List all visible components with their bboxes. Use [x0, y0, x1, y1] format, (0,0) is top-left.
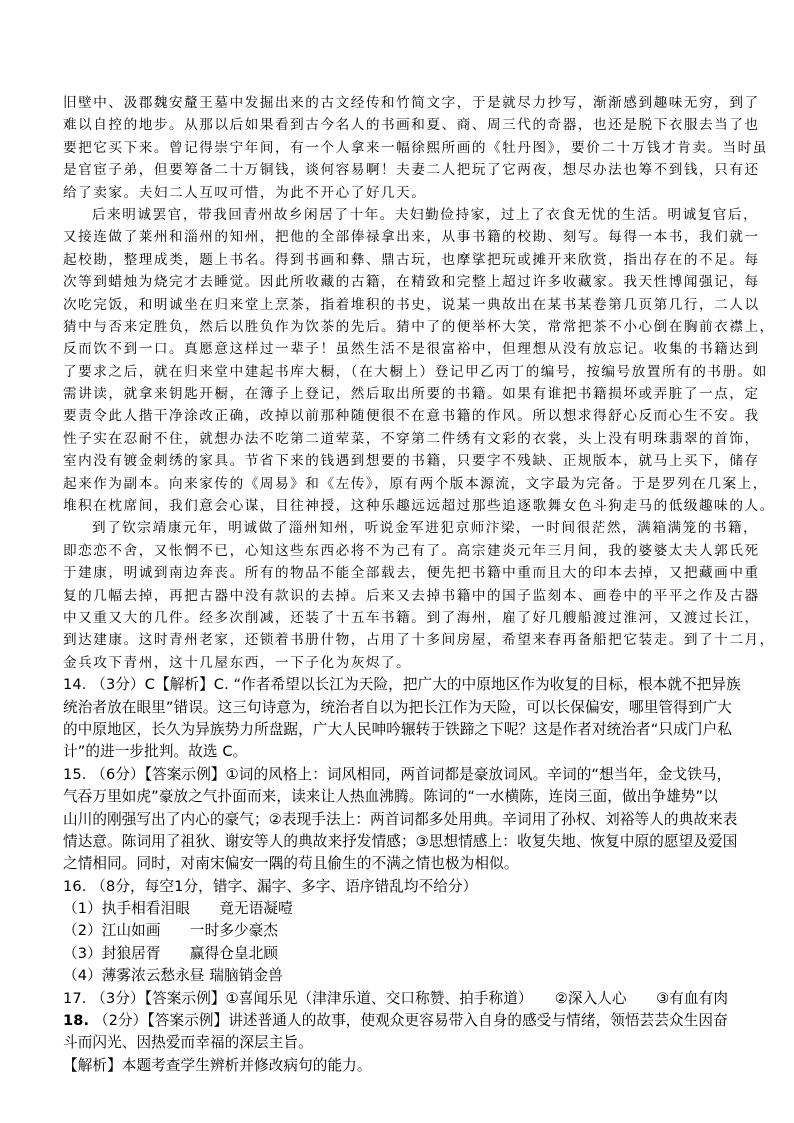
text-line: 起来作为副本。向来家传的《周易》和《左传》，原有两个版本源流，文字最为完备。于是…	[63, 473, 735, 495]
text-line: 又接连做了莱州和淄州的知州，把他的全部俸禄拿出来，从事书籍的校勘、刻写。每得一本…	[63, 226, 735, 248]
text-line: 之情相同。同时，对南宋偏安一隅的苟且偷生的不满之情也极为相似。	[63, 853, 735, 875]
answer-item: （3）封狼居胥 赢得仓皇北顾	[63, 943, 735, 965]
text-line: 堆积在枕席间，我们意会心谋，目往神授，这种乐趣远远超过那些追逐歌舞女色斗狗走马的…	[63, 495, 735, 517]
text-line: 复的几幅去掉，再把古器中没有款识的去掉。后来又去掉书籍中的国子监刻本、画卷中的平…	[63, 585, 735, 607]
translation-paragraph-3: 到了钦宗靖康元年，明诚做了淄州知州，听说金军进犯京师汴梁，一时间很茫然，满箱满笼…	[63, 517, 735, 674]
text-line: 次吃完饭，和明诚坐在归来堂上烹茶，指着堆积的书史，说某一典故出在某书某卷第几页第…	[63, 294, 735, 316]
text-line: 起校勘，整理成类，题上书名。得到书画和彝、鼎古玩，也摩挲把玩或摊开来欣赏，指出存…	[63, 249, 735, 271]
text-line: 情达意。陈词用了祖狄、谢安等人的典故来抒发情感；③思想情感上：收复失地、恢复中原…	[63, 831, 735, 853]
answer-18: 18. （2分）【答案示例】讲述普通人的故事，使观众更容易带入自身的感受与情绪，…	[63, 1010, 735, 1077]
text-line: 旧壁中、汲郡魏安釐王墓中发掘出来的古文经传和竹简文字，于是就尽力抄写，渐渐感到趣…	[63, 92, 735, 114]
text-line: 需讲读，就拿来钥匙开橱，在簿子上登记，然后取出所要的书籍。如果有谁把书籍损坏或弄…	[63, 383, 735, 405]
text-line: 气吞万里如虎”豪放之气扑面而来，读来让人热血沸腾。陈词的“一水横陈，连岗三面，做…	[63, 786, 735, 808]
question-number: 18.	[63, 1012, 89, 1029]
text-line: 要责令此人揩干净涂改正确，改掉以前那种随便很不在意书籍的作风。所以想求得舒心反而…	[63, 405, 735, 427]
answer-item: （4）薄雾浓云愁永昼 瑞脑销金兽	[63, 965, 735, 987]
translation-paragraph-2: 后来明诚罢官，带我回青州故乡闲居了十年。夫妇勤俭持家，过上了衣食无忧的生活。明诚…	[63, 204, 735, 517]
text-line: 金兵攻下青州，这十几屋东西，一下子化为灰烬了。	[63, 652, 735, 674]
text-line: 统治者放在眼里”错误。这三句诗意为，统治者自以为把长江作为天险，可以长保偏安，哪…	[63, 697, 735, 719]
answer-15: 15. （6分）【答案示例】①词的风格上：词风相同，两首词都是豪放词风。辛词的“…	[63, 764, 735, 876]
text-line: 猜中与否来定胜负，然后以胜负作为饮茶的先后。猜中了的便举杯大笑，常常把茶不小心倒…	[63, 316, 735, 338]
text-line: 到达建康。这时青州老家，还锁着书册什物，占用了十多间房屋，希望来春再备船把它装走…	[63, 629, 735, 651]
text-line: 是官宦子弟，但要筹备二十万铜钱，谈何容易啊！夫妻二人把玩了它两夜，想尽办法也筹不…	[63, 159, 735, 181]
text-line: 15. （6分）【答案示例】①词的风格上：词风相同，两首词都是豪放词风。辛词的“…	[63, 764, 735, 786]
text-line: 斗而闪光、因热爱而幸福的深层主旨。	[63, 1032, 735, 1054]
text-line: 于建康，明诚到南边奔丧。所有的物品不能全部载去，便先把书籍中重而且大的印本去掉，…	[63, 562, 735, 584]
text-line: 次等到蜡烛为烧完才去睡觉。因此所收藏的古籍，在精致和完整上超过许多收藏家。我天性…	[63, 271, 735, 293]
translation-paragraph-1: 旧壁中、汲郡魏安釐王墓中发掘出来的古文经传和竹简文字，于是就尽力抄写，渐渐感到趣…	[63, 92, 735, 204]
text-line: 要把它买下来。曾记得崇宁年间，有一个人拿来一幅徐熙所画的《牡丹图》，要价二十万钱…	[63, 137, 735, 159]
text-line: 难以自控的地步。从那以后如果看到古今名人的书画和夏、商、周三代的奇器，也还是脱下…	[63, 114, 735, 136]
text-line: 室内没有镀金刺绣的家具。节省下来的钱遇到想要的书籍，只要字不残缺、正规版本，就马…	[63, 450, 735, 472]
text-line: 到了钦宗靖康元年，明诚做了淄州知州，听说金军进犯京师汴梁，一时间很茫然，满箱满笼…	[63, 517, 735, 539]
text-line: 14. （3分）C【解析】C. “作者希望以长江为天险，把广大的中原地区作为收复…	[63, 674, 735, 696]
text-line: 了要求之后，就在归来堂中建起书库大橱，（在大橱上）登记甲乙丙丁的编号，按编号放置…	[63, 361, 735, 383]
text-line: 后来明诚罢官，带我回青州故乡闲居了十年。夫妇勤俭持家，过上了衣食无忧的生活。明诚…	[63, 204, 735, 226]
text-line: 山川的刚强写出了内心的豪气；②表现手法上：两首词都多处用典。辛词用了孙权、刘裕等…	[63, 809, 735, 831]
text-line: 18. （2分）【答案示例】讲述普通人的故事，使观众更容易带入自身的感受与情绪，…	[63, 1010, 735, 1032]
text-line: 计”的进一步批判。故选 C。	[63, 741, 735, 763]
text-line: 给了卖家。夫妇二人互叹可惜，为此不开心了好几天。	[63, 182, 735, 204]
document-page: 旧壁中、汲郡魏安釐王墓中发掘出来的古文经传和竹简文字，于是就尽力抄写，渐渐感到趣…	[63, 92, 735, 1077]
analysis-line: 【解析】本题考查学生辨析并修改病句的能力。	[63, 1055, 735, 1077]
answer-item: （1）执手相看泪眼 竟无语凝噎	[63, 898, 735, 920]
answer-text: （2分）【答案示例】讲述普通人的故事，使观众更容易带入自身的感受与情绪，领悟芸芸…	[89, 1012, 728, 1029]
answer-17: 17. （3分）【答案示例】①喜闻乐见（津津乐道、交口称赞、拍手称道） ②深入人…	[63, 988, 735, 1010]
question-header: 16. （8分，每空1分，错字、漏字、多字、语序错乱均不给分）	[63, 876, 735, 898]
text-line: 中又重又大的几件。经多次削减，还装了十五车书籍。到了海州，雇了好几艘船渡过淮河，…	[63, 607, 735, 629]
text-line: 17. （3分）【答案示例】①喜闻乐见（津津乐道、交口称赞、拍手称道） ②深入人…	[63, 988, 735, 1010]
text-line: 反而饮不到一口。真愿意这样过一辈子！虽然生活不是很富裕中，但理想从没有放忘记。收…	[63, 338, 735, 360]
answer-item: （2）江山如画 一时多少豪杰	[63, 920, 735, 942]
text-line: 性子实在忍耐不住，就想办法不吃第二道荤菜，不穿第二件绣有文彩的衣裳，头上没有明珠…	[63, 428, 735, 450]
answer-16: 16. （8分，每空1分，错字、漏字、多字、语序错乱均不给分） （1）执手相看泪…	[63, 876, 735, 988]
answer-14: 14. （3分）C【解析】C. “作者希望以长江为天险，把广大的中原地区作为收复…	[63, 674, 735, 764]
text-line: 的中原地区，长久为异族势力所盘踞，广大人民呻吟辗转于铁蹄之下呢？这是作者对统治者…	[63, 719, 735, 741]
text-line: 即恋恋不舍，又怅惘不已，心知这些东西必将不为己有了。高宗建炎元年三月间，我的婆婆…	[63, 540, 735, 562]
